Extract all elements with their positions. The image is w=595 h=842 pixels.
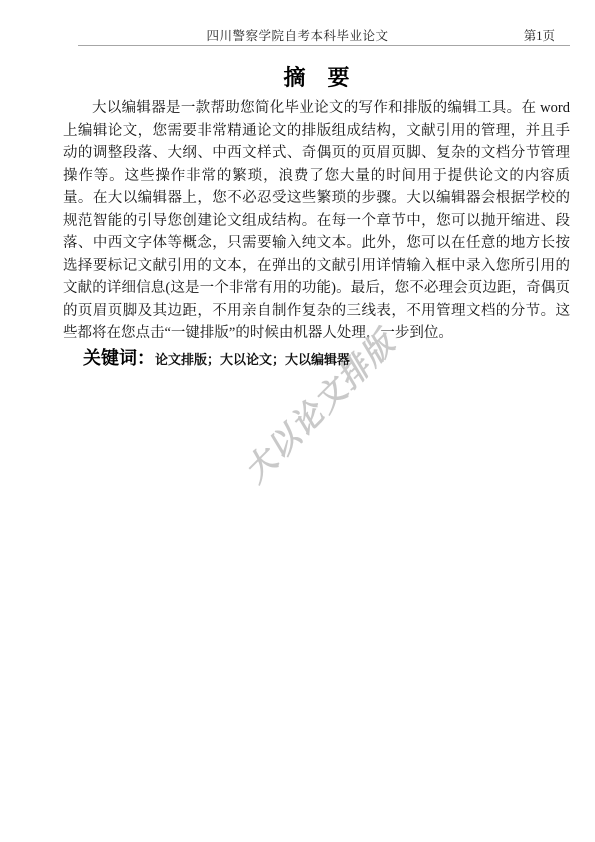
header-rule	[78, 45, 570, 46]
running-header-title: 四川警察学院自考本科毕业论文	[0, 26, 595, 44]
keywords-list: 论文排版；大以论文；大以编辑器	[155, 352, 350, 367]
abstract-body-paragraph: 大以编辑器是一款帮助您简化毕业论文的写作和排版的编辑工具。在 word 上编辑论…	[63, 97, 570, 345]
document-page: 四川警察学院自考本科毕业论文 第1页 摘 要 大以编辑器是一款帮助您简化毕业论文…	[0, 0, 595, 842]
abstract-title: 摘 要	[63, 61, 570, 92]
page-number: 第1页	[524, 26, 555, 44]
keywords-line: 关键词：论文排版；大以论文；大以编辑器	[63, 344, 570, 370]
keywords-label: 关键词：	[83, 348, 155, 368]
